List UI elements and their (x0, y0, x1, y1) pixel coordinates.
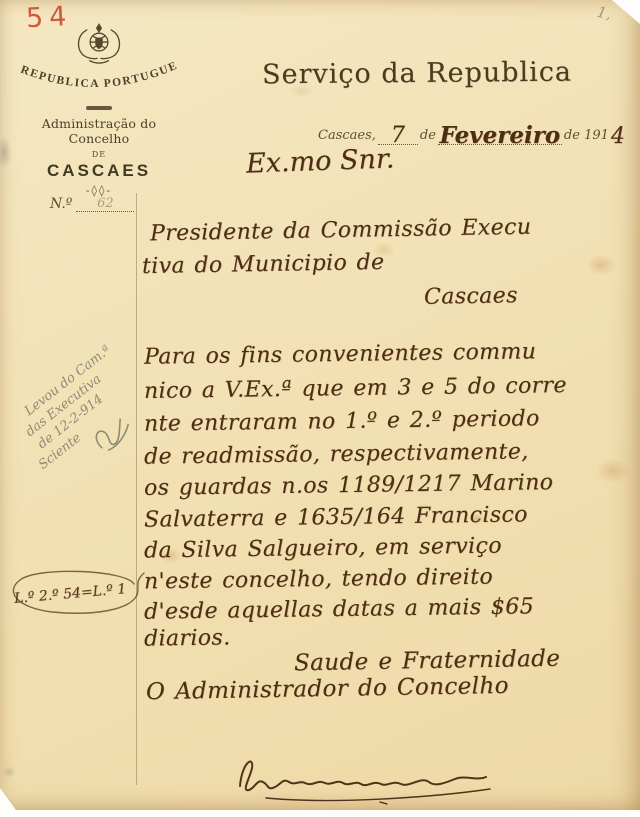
number-field-value: 62 (97, 196, 114, 211)
letterhead-municipality: CASCAES (14, 161, 184, 181)
signature (230, 750, 522, 810)
address-line: Cascaes (424, 283, 518, 310)
salutation: Ex.mo Snr. (246, 143, 395, 179)
coat-of-arms-icon (71, 22, 127, 64)
closing-line: Saude e Fraternidade (294, 646, 561, 677)
scanned-document-page: 54 1, REPUBLICA PORTUGUEZA Administração… (0, 0, 640, 817)
corner-cut (612, 0, 640, 24)
dateline-year-digit: 4 (611, 129, 625, 145)
corner-cut (0, 788, 16, 810)
letterhead-arc: REPUBLICA PORTUGUEZA (14, 60, 184, 104)
number-field-label: N.º (50, 196, 76, 212)
number-field-line: 62 (76, 192, 134, 212)
body-line: n'este concelho, tendo direito (144, 565, 493, 595)
body-line: da Silva Salgueiro, em serviço (144, 534, 502, 564)
dateline-day-slot: 7 (378, 124, 418, 145)
dateline-de-191: de 191 (562, 128, 611, 145)
registry-note: L.º 2.º 54=L.º 1 (4, 566, 154, 624)
letterhead-de: DE (14, 150, 184, 159)
dateline-month: Fevereiro (440, 128, 561, 144)
dateline: Cascaes, 7 de Fevereiro de 191 4 (316, 124, 625, 145)
letterhead: REPUBLICA PORTUGUEZA Administração do Co… (14, 22, 184, 197)
address-line: tiva do Municipio de (142, 250, 385, 279)
number-field: N.º 62 (50, 192, 134, 212)
body-line: diarios. (144, 625, 231, 651)
letterhead-admin-line: Administração do Concelho (14, 116, 184, 146)
dateline-day: 7 (391, 128, 405, 144)
letterhead-divider (86, 106, 112, 110)
dateline-month-slot: Fevereiro (438, 124, 562, 145)
margin-rule (136, 193, 137, 785)
dateline-place: Cascaes, (316, 128, 378, 145)
svg-text:REPUBLICA PORTUGUEZA: REPUBLICA PORTUGUEZA (14, 60, 180, 90)
dateline-de: de (418, 128, 438, 145)
letterhead-arc-text: REPUBLICA PORTUGUEZA (14, 60, 180, 90)
page-title: Serviço da Republica (252, 57, 582, 91)
